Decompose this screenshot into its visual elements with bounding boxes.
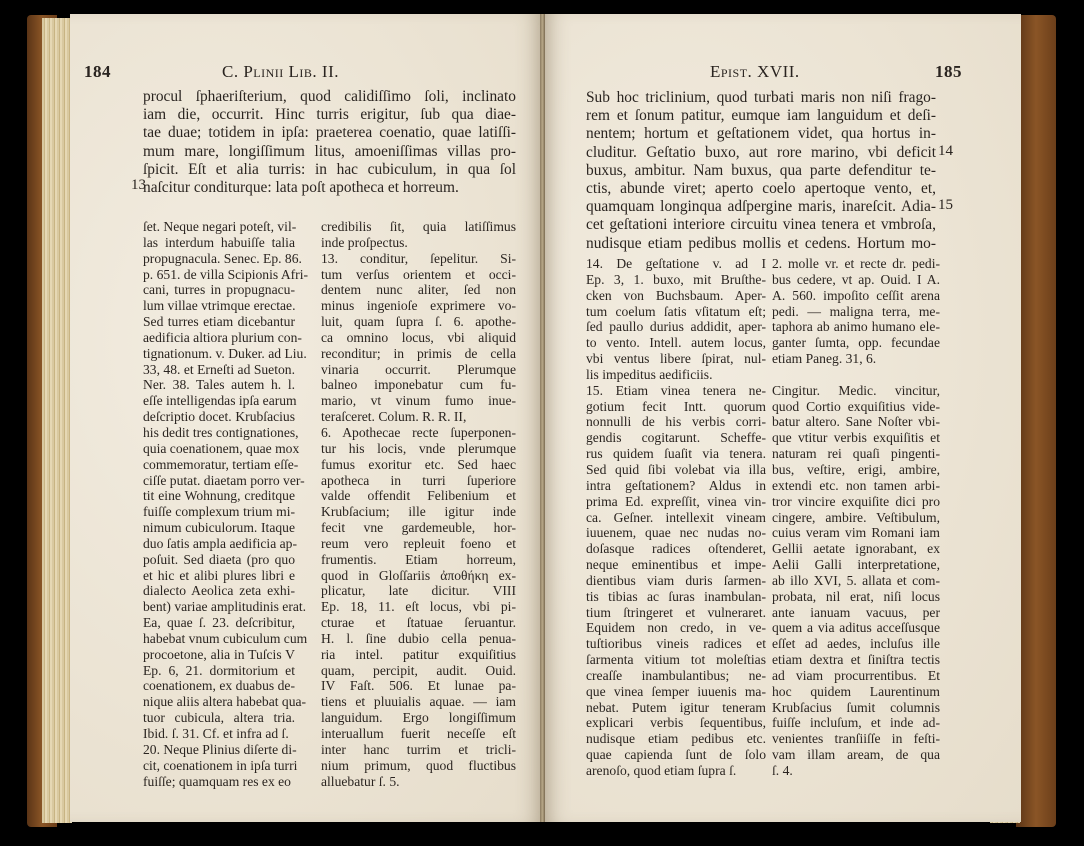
text-line: Ep. 6, 21. dormitorium et bbox=[143, 663, 295, 679]
text-line: fuiſſe complexum trium mi- bbox=[143, 504, 295, 520]
page-edges-left bbox=[42, 18, 72, 823]
text-line: quod in Gloſſariis ἀποθήκη ex- bbox=[321, 568, 516, 584]
text-line: tium ſtringeret et vulneraret. bbox=[586, 605, 766, 621]
text-line: prima Ed. expreſſit, vinea vin- bbox=[586, 494, 766, 510]
text-line: credibilis ſit, quia latiſſimus bbox=[321, 219, 516, 235]
text-line: pedi. — maligna terra, me- bbox=[772, 304, 940, 320]
left-notes-column-2: credibilis ſit, quia latiſſimusinde proſ… bbox=[321, 219, 516, 789]
text-line: balneo imponebatur cum fu- bbox=[321, 377, 516, 393]
text-line: dialecto Aeolica zeta exhi- bbox=[143, 583, 295, 599]
text-line: aedificia altiora plurium con- bbox=[143, 330, 295, 346]
text-line: frumentis. Etiam horreum, bbox=[321, 552, 516, 568]
text-line: fumus exoritur etc. Sed haec bbox=[321, 457, 516, 473]
right-main-text: Sub hoc triclinium, quod turbati maris n… bbox=[586, 89, 936, 253]
text-line: inde proſpectus. bbox=[321, 235, 516, 251]
text-line: probata, nil erat, niſi locus bbox=[772, 589, 940, 605]
text-line: Krubſacius ſumit columnis bbox=[772, 700, 940, 716]
book-cover-right bbox=[1016, 15, 1056, 827]
text-line: cani, turres in propugnacu- bbox=[143, 282, 295, 298]
text-line: apotheca in turri ſuperiore bbox=[321, 473, 516, 489]
text-line: bus cedere, vt ap. Ouid. I A. bbox=[772, 272, 940, 288]
text-line: quia coenationem, quae mox bbox=[143, 441, 295, 457]
text-line: las interdum habuiſſe talia bbox=[143, 235, 295, 251]
right-running-head: Epist. XVII. bbox=[710, 62, 800, 82]
text-line: 14. De geſtatione v. ad I bbox=[586, 256, 766, 272]
text-line: dientibus viam duris ſarmen- bbox=[586, 573, 766, 589]
text-line: venientes tranſiiſſe in feſti- bbox=[772, 731, 940, 747]
text-line: quam, percipit, audit. Ouid. bbox=[321, 663, 516, 679]
text-line: gendis cogitarunt. Scheffe- bbox=[586, 430, 766, 446]
text-line: naturam rei quaſi pingenti- bbox=[772, 446, 940, 462]
text-line: cken von Buchsbaum. Aper- bbox=[586, 288, 766, 304]
text-line: cingere, ambire. Veſtibulum, bbox=[772, 510, 940, 526]
text-line: alluebatur ſ. 5. bbox=[321, 774, 516, 790]
right-notes-column-1: 14. De geſtatione v. ad IEp. 3, 1. buxo,… bbox=[586, 256, 766, 779]
text-line: ca. Geſner. intellexit vineam bbox=[586, 510, 766, 526]
text-line: mario, vt vinum fumo inue- bbox=[321, 393, 516, 409]
text-line: tum verſus orientem et occi- bbox=[321, 267, 516, 283]
left-main-text: procul ſphaeriſterium, quod calidiſſimo … bbox=[143, 88, 516, 197]
text-line: ab illo XVI, 5. allata et com- bbox=[772, 573, 940, 589]
text-line: nudisque etiam pedibus mollis et cedens.… bbox=[586, 235, 936, 253]
text-line: iam die, occurrit. Hinc turris erigitur,… bbox=[143, 106, 516, 124]
text-line: Aelii Galli interpretatione, bbox=[772, 557, 940, 573]
text-line: eſſe intelligendas ipſa earum bbox=[143, 393, 295, 409]
text-line: ad viam procurrentibus. Et bbox=[772, 668, 940, 684]
text-line: ſed paullo durius addidit, aper- bbox=[586, 319, 766, 335]
text-line: deſcriptio docet. Krubſacius bbox=[143, 409, 295, 425]
text-line: quae capienda ſunt de ſolo bbox=[586, 747, 766, 763]
text-line: quem a via aditus acceſſusque bbox=[772, 620, 940, 636]
text-line: explicari verbis ſequentibus, bbox=[586, 715, 766, 731]
text-line: creaſſe inambulantibus; ne- bbox=[586, 668, 766, 684]
text-line: etiam dextra et ſiniſtra tectis bbox=[772, 652, 940, 668]
text-line: que vinea ſemper iuuenis ma- bbox=[586, 684, 766, 700]
text-line: gotium fecit Intt. quorum bbox=[586, 399, 766, 415]
text-line: cit, coenationem in ipſa turri bbox=[143, 758, 295, 774]
text-line: 13. conditur, ſepelitur. Si- bbox=[321, 251, 516, 267]
text-line: teraſceret. Colum. R. R. II, bbox=[321, 409, 516, 425]
text-line: nium primum, quod fluctibus bbox=[321, 758, 516, 774]
text-line: IV Faſt. 506. Et lunae pa- bbox=[321, 678, 516, 694]
text-line: tuor cubicula, altera tria. bbox=[143, 710, 295, 726]
text-line: his dedit tres contignationes, bbox=[143, 425, 295, 441]
text-line bbox=[772, 367, 940, 383]
text-line: procul ſphaeriſterium, quod calidiſſimo … bbox=[143, 88, 516, 106]
text-line: 2. molle vr. et recte dr. pedi- bbox=[772, 256, 940, 272]
text-line: bus, veſtire, erigi, ambire, bbox=[772, 462, 940, 478]
text-line: nimum cubiculorum. Itaque bbox=[143, 520, 295, 536]
text-line: ſpicit. Eſt et alia turris: in hac cubic… bbox=[143, 161, 516, 179]
text-line: fuiſſe; quamquam res ex eo bbox=[143, 774, 295, 790]
text-line: luit, quam ſupra ſ. 6. apothe- bbox=[321, 314, 516, 330]
text-line: interuallum fuerit neceſſe eſt bbox=[321, 726, 516, 742]
text-line: mum mare, longiſſimum litus, amoeniſſima… bbox=[143, 143, 516, 161]
text-line: Cingitur. Medic. vincitur, bbox=[772, 383, 940, 399]
text-line: nique aliis altera habebat qua- bbox=[143, 694, 295, 710]
text-line: to vento. Intell. autem locus, bbox=[586, 335, 766, 351]
text-line: inter hanc turrim et tricli- bbox=[321, 742, 516, 758]
text-line: commemoratur, tertiam eſſe- bbox=[143, 457, 295, 473]
text-line: Ep. 18, 11. eſt locus, vbi pi- bbox=[321, 599, 516, 615]
text-line: arenoſo, quod etiam ſupra ſ. bbox=[586, 763, 766, 779]
text-line: tignationum. v. Duker. ad Liu. bbox=[143, 346, 295, 362]
text-line: tit eine Wohnung, creditque bbox=[143, 488, 295, 504]
text-line: 33, 48. et Erneſti ad Sueton. bbox=[143, 362, 295, 378]
text-line: Ibid. ſ. 31. Cf. et infra ad ſ. bbox=[143, 726, 295, 742]
text-line: nentem; hortum et geſtationem videt, qua… bbox=[586, 125, 936, 143]
text-line: tis tibias ac ſuras inambulan- bbox=[586, 589, 766, 605]
text-line: 20. Neque Plinius diſerte di- bbox=[143, 742, 295, 758]
text-line: valde offendit Felibenium et bbox=[321, 488, 516, 504]
text-line: intra geſtationem? Aldus in bbox=[586, 478, 766, 494]
text-line: Ea, quae ſ. 23. deſcribitur, bbox=[143, 615, 295, 631]
text-line: etiam Paneg. 31, 6. bbox=[772, 351, 940, 367]
text-line: cturae et ſtatuae ſeruantur. bbox=[321, 615, 516, 631]
text-line: bent) variae amplitudinis erat. bbox=[143, 599, 295, 615]
text-line: ante ianuam vacuus, per bbox=[772, 605, 940, 621]
text-line: procoetone, alia in Tuſcis V bbox=[143, 647, 295, 663]
text-line: vinaria occurrit. Plerumque bbox=[321, 362, 516, 378]
text-line: fuiſſe incluſum, et inde ad- bbox=[772, 715, 940, 731]
text-line: eſſet ad aedes, incluſus ille bbox=[772, 636, 940, 652]
text-line: naſcitur conditurque: lata poſt apotheca… bbox=[143, 179, 516, 197]
text-line: vbi ventus libere ſpirat, nul- bbox=[586, 351, 766, 367]
text-line: fecit vne gardemeuble, hor- bbox=[321, 520, 516, 536]
text-line: rem et ſonum patitur, eumque iam languid… bbox=[586, 107, 936, 125]
right-notes-column-2: 2. molle vr. et recte dr. pedi-bus ceder… bbox=[772, 256, 940, 779]
left-page-number: 184 bbox=[84, 62, 111, 82]
text-line: Gellii aetate ignorabant, ex bbox=[772, 541, 940, 557]
text-line: Equidem non credo, in ve- bbox=[586, 620, 766, 636]
text-line: batur altero. Sane Noſter vbi- bbox=[772, 414, 940, 430]
text-line: extendi etc. non tamen arbi- bbox=[772, 478, 940, 494]
text-line: taphora ab animo humano ele- bbox=[772, 319, 940, 335]
text-line: lis impeditus aedificiis. bbox=[586, 367, 766, 383]
text-line: ſet. Neque negari poteſt, vil- bbox=[143, 219, 295, 235]
book-gutter bbox=[540, 14, 545, 822]
text-line: que vtitur verbis exquiſitis et bbox=[772, 430, 940, 446]
text-line: buxus, ambitur. Nam buxus, qua parte def… bbox=[586, 162, 936, 180]
text-line: Krubſacium; ille igitur inde bbox=[321, 504, 516, 520]
text-line: p. 651. de villa Scipionis Afri- bbox=[143, 267, 295, 283]
text-line: iuuenem, quae nec nudas no- bbox=[586, 525, 766, 541]
text-line: coenationem, ex duabus de- bbox=[143, 678, 295, 694]
text-line: rus quidem ſuaſit via tenera. bbox=[586, 446, 766, 462]
text-line: A. 560. impoſito ceſſit arena bbox=[772, 288, 940, 304]
right-page-number: 185 bbox=[935, 62, 962, 82]
text-line: 15. Etiam vinea tenera ne- bbox=[586, 383, 766, 399]
text-line: tum coelum ſatis vſitatum eſt; bbox=[586, 304, 766, 320]
left-running-head: C. Plinii Lib. II. bbox=[222, 62, 339, 82]
text-line: nonnulli de his verbis corri- bbox=[586, 414, 766, 430]
text-line: tiens et pluuialis aquae. — iam bbox=[321, 694, 516, 710]
text-line: hoc quidem Laurentinum bbox=[772, 684, 940, 700]
text-line: Sed turres etiam dicebantur bbox=[143, 314, 295, 330]
text-line: tae duae; totidem in ipſa: praeterea coe… bbox=[143, 124, 516, 142]
text-line: cet geſtationi interiore circuitu vinea … bbox=[586, 216, 936, 234]
text-line: 6. Apothecae recte ſuperponen- bbox=[321, 425, 516, 441]
text-line: languidum. Ergo longiſſimum bbox=[321, 710, 516, 726]
text-line: nudisque etiam pedibus etc. bbox=[586, 731, 766, 747]
text-line: neque eminentibus et impe- bbox=[586, 557, 766, 573]
text-line: lum villae vtrimque erectae. bbox=[143, 298, 295, 314]
text-line: poſuit. Sed diaeta (pro quo bbox=[143, 552, 295, 568]
text-line: propugnacula. Senec. Ep. 86. bbox=[143, 251, 295, 267]
text-line: tror vincire exquiſite dici pro bbox=[772, 494, 940, 510]
right-margin-number-14: 14 bbox=[938, 143, 953, 160]
text-line: tuſtioribus vineis radices et bbox=[586, 636, 766, 652]
text-line: quod Cortio exquiſitius vide- bbox=[772, 399, 940, 415]
text-line: tur his locis, vnde plerumque bbox=[321, 441, 516, 457]
text-line: vam illam aream, de qua bbox=[772, 747, 940, 763]
text-line: plicatur, late dicitur. VIII bbox=[321, 583, 516, 599]
text-line: Sub hoc triclinium, quod turbati maris n… bbox=[586, 89, 936, 107]
text-line: cluditur. Geſtatio buxo, aut rore marino… bbox=[586, 144, 936, 162]
text-line: reconditur; in primis de cella bbox=[321, 346, 516, 362]
text-line: ganter ſumta, opp. fecundae bbox=[772, 335, 940, 351]
right-margin-number-15: 15 bbox=[938, 197, 953, 214]
text-line: ſarmenta vitium tot moleſtias bbox=[586, 652, 766, 668]
text-line: ctis, abunde viret; aperto coelo apertoq… bbox=[586, 180, 936, 198]
text-line: duo ſatis ampla aedificia ap- bbox=[143, 536, 295, 552]
text-line: dentem nunc aliter, ſed non bbox=[321, 282, 516, 298]
text-line: ca omnino locus, vbi aliquid bbox=[321, 330, 516, 346]
text-line: habebat vnum cubiculum cum bbox=[143, 631, 295, 647]
left-notes-column-1: ſet. Neque negari poteſt, vil-las interd… bbox=[143, 219, 295, 789]
text-line: minus ingenioſe exprimere vo- bbox=[321, 298, 516, 314]
text-line: Sed quid ſibi volebat via illa bbox=[586, 462, 766, 478]
text-line: ciſſe putat. diaetam porro ver- bbox=[143, 473, 295, 489]
text-line: Ner. 38. Tales autem h. l. bbox=[143, 377, 295, 393]
text-line: nebat. Putem igitur teneram bbox=[586, 700, 766, 716]
text-line: quamquam longinqua adſpergine maris, ina… bbox=[586, 198, 936, 216]
left-margin-number: 13 bbox=[131, 177, 146, 194]
text-line: reum vero repleuit foeno et bbox=[321, 536, 516, 552]
text-line: doſasque radices oſtenderet, bbox=[586, 541, 766, 557]
text-line: Ep. 3, 1. buxo, mit Bruſthe- bbox=[586, 272, 766, 288]
text-line: et hic et alibi plures libri e bbox=[143, 568, 295, 584]
text-line: ſ. 4. bbox=[772, 763, 940, 779]
text-line: cuius veram vim Romani iam bbox=[772, 525, 940, 541]
text-line: ria intel. patitur exquiſitius bbox=[321, 647, 516, 663]
text-line: H. l. ſine dubio cella penua- bbox=[321, 631, 516, 647]
